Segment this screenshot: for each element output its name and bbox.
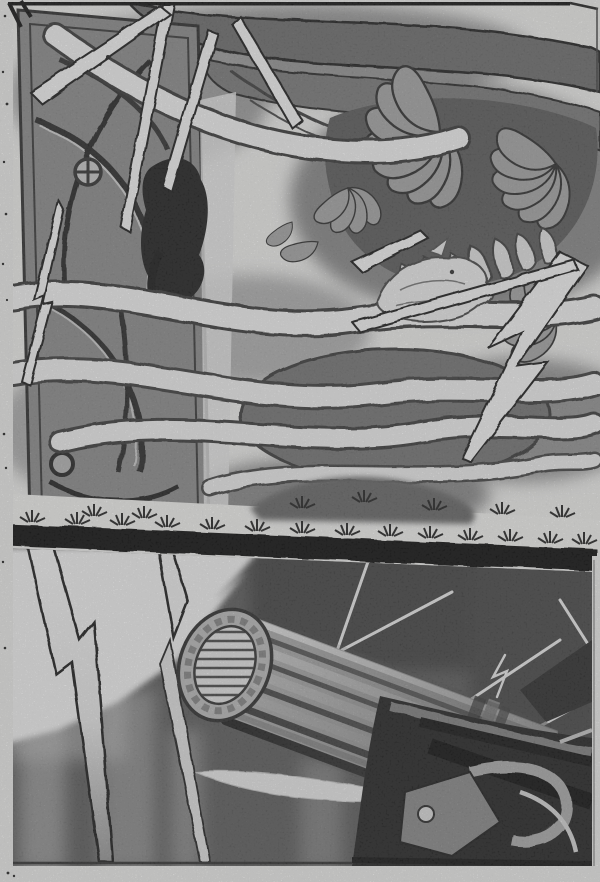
scan-grain-light: [0, 0, 600, 882]
page-artwork: [0, 0, 600, 882]
manga-page: [0, 0, 600, 882]
